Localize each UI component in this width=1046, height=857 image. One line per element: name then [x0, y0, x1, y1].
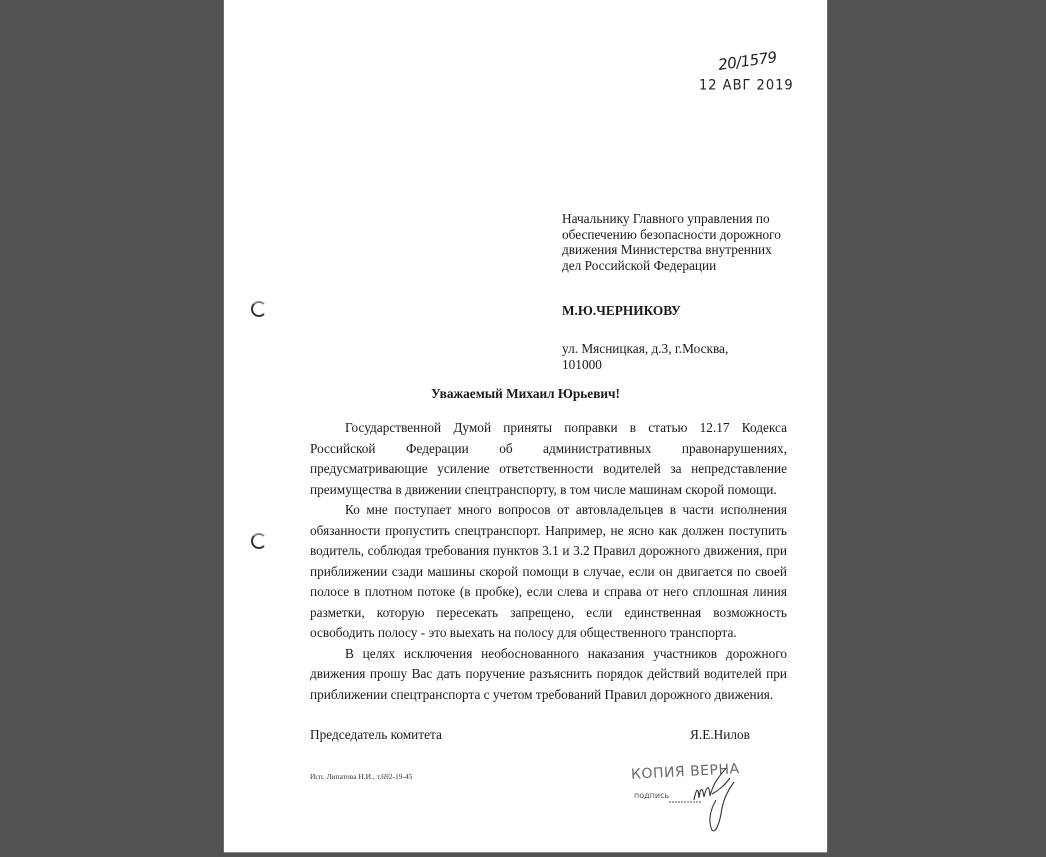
paragraph: Государственной Думой приняты поправки в…	[310, 418, 787, 500]
addressee-name: М.Ю.ЧЕРНИКОВУ	[562, 303, 681, 319]
signer-title: Председатель комитета	[310, 727, 442, 743]
punch-hole-mark	[251, 301, 267, 317]
salutation: Уважаемый Михаил Юрьевич!	[224, 386, 827, 402]
addressee-position: Начальнику Главного управления по обеспе…	[562, 211, 792, 273]
handwritten-signature-icon	[664, 760, 754, 835]
addressee-address: ул. Мясницкая, д.3, г.Москва, 101000	[562, 341, 792, 372]
document-page: 20/1579 12 АВГ 2019 Начальнику Главного …	[224, 0, 827, 852]
paragraph: Ко мне поступает много вопросов от автов…	[310, 500, 787, 644]
paragraph: В целях исключения необоснованного наказ…	[310, 644, 787, 706]
address-line-1: ул. Мясницкая, д.3, г.Москва,	[562, 341, 792, 357]
letter-body: Государственной Думой приняты поправки в…	[310, 418, 787, 705]
address-line-2: 101000	[562, 357, 792, 373]
registration-number: 20/1579	[717, 48, 778, 74]
signer-name: Я.Е.Нилов	[690, 727, 750, 743]
punch-hole-mark	[251, 533, 267, 549]
registration-date-stamp: 12 АВГ 2019	[699, 77, 794, 94]
executor-info: Исп. Липатова Н.И., т.692-19-45	[310, 772, 413, 781]
